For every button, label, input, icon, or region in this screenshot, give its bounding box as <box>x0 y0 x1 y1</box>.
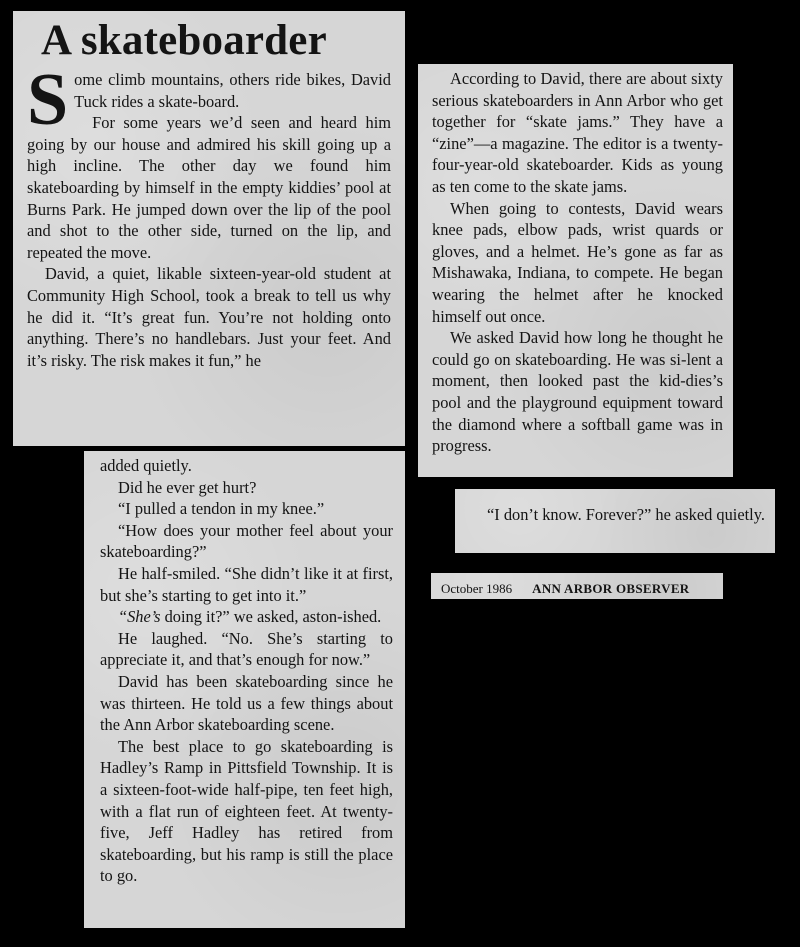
publication-name: ANN ARBOR OBSERVER <box>532 581 689 597</box>
continuation-text: added quietly. <box>100 455 393 477</box>
article-headline: A skateboarder <box>41 19 391 63</box>
lead-paragraph: ome climb mountains, others ride bikes, … <box>27 69 391 112</box>
body-paragraph: We asked David how long he thought he co… <box>432 327 723 457</box>
body-paragraph: “How does your mother feel about your sk… <box>100 520 393 563</box>
body-paragraph: According to David, there are about sixt… <box>432 68 723 198</box>
italic-quote: “She’s <box>118 607 161 626</box>
publication-footer: October 1986 ANN ARBOR OBSERVER <box>431 573 723 599</box>
drop-cap: S <box>27 71 68 129</box>
body-paragraph: David, a quiet, likable sixteen-year-old… <box>27 263 391 371</box>
lead-paragraph-wrapper: S ome climb mountains, others ride bikes… <box>27 69 391 112</box>
body-paragraph: David has been skateboarding since he wa… <box>100 671 393 736</box>
article-clipping-headline: A skateboarder S ome climb mountains, ot… <box>13 11 405 446</box>
body-paragraph: The best place to go skateboarding is Ha… <box>100 736 393 887</box>
article-clipping-right-column: According to David, there are about sixt… <box>418 64 733 477</box>
quote-remainder: doing it?” we asked, aston-ished. <box>161 607 382 626</box>
publication-date: October 1986 <box>441 581 512 597</box>
article-clipping-continuation: added quietly. Did he ever get hurt? “I … <box>84 451 405 928</box>
closing-paragraph: “I don’t know. Forever?” he asked quietl… <box>469 504 765 526</box>
body-paragraph: Did he ever get hurt? <box>100 477 393 499</box>
body-paragraph-italic-quote: “She’s doing it?” we asked, aston-ished. <box>100 606 393 628</box>
body-paragraph: “I pulled a tendon in my knee.” <box>100 498 393 520</box>
body-paragraph: He laughed. “No. She’s starting to appre… <box>100 628 393 671</box>
article-clipping-closing-quote: “I don’t know. Forever?” he asked quietl… <box>455 489 775 553</box>
body-paragraph: When going to contests, David wears knee… <box>432 198 723 328</box>
body-paragraph: He half-smiled. “She didn’t like it at f… <box>100 563 393 606</box>
body-paragraph: For some years we’d seen and heard him g… <box>27 112 391 263</box>
